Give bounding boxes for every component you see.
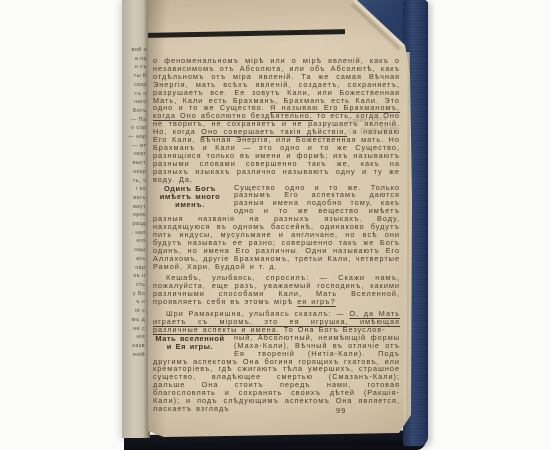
- left-page-text-fragment: некр: [122, 168, 150, 177]
- left-page-text-fragment: — Па: [123, 116, 150, 125]
- left-page-text-fragment: ты Б: [123, 72, 150, 81]
- left-page-text-fragment: — ит: [122, 142, 150, 151]
- body-text: Кешабъ, улыбаясь, спросилъ: — Скажи намъ…: [153, 273, 400, 306]
- chapter-rule: [148, 29, 345, 37]
- left-page-text-fragment: мзут: [122, 203, 150, 212]
- left-page-fragments: вой на прн съты Бскорсъ ннагоБогъ— Пао с…: [122, 46, 150, 360]
- left-page-text-fragment: еній: [122, 351, 149, 360]
- left-page-text-fragment: наго: [123, 98, 150, 107]
- left-page-text-fragment: разд: [122, 220, 150, 229]
- left-page-text-fragment: вой н: [123, 46, 150, 55]
- side-heading-mother: Мать вселенной и Ея игры.: [153, 335, 227, 352]
- left-page-text-fragment: нерг: [122, 150, 150, 159]
- left-page-text-fragment: Богъ: [123, 107, 150, 116]
- book-photo: вой на прн съты Бскорсъ ннагоБогъ— Пао с…: [122, 0, 430, 450]
- paragraph-mother-universe: Мать вселенной и Ея игры.ный, Абсолютный…: [153, 334, 400, 413]
- handwritten-pencil-note: Сравн. Духъ Св. Прор. Мать: [347, 113, 399, 138]
- left-page-text-fragment: его: [122, 237, 150, 246]
- left-page-text-fragment: , нал: [122, 229, 150, 238]
- paragraph-one-god: Одинъ Богъ имѣетъ много именъ.Существо о…: [153, 184, 400, 271]
- paragraph-ramakrishna-answer: Шри Рамакришна, улыбаясь сказалъ: — О, д…: [153, 310, 400, 334]
- left-page-text-fragment: не с: [122, 324, 149, 333]
- left-page-text-fragment: ъ н: [122, 298, 149, 307]
- left-page-text-fragment: нія: [122, 333, 149, 342]
- left-page-text-fragment: і ко: [122, 185, 150, 194]
- underlined-text: ея игръ?: [297, 297, 335, 306]
- left-page-text-fragment: о сор: [122, 124, 150, 133]
- left-page-text-fragment: а пр: [123, 55, 150, 64]
- left-page-text-fragment: сть: [122, 281, 149, 290]
- left-page-text-fragment: ать: [122, 255, 150, 264]
- left-page-text-fragment: мъ д: [122, 316, 149, 325]
- left-page-text-fragment: вать: [122, 194, 150, 203]
- page-number: 99: [336, 406, 346, 415]
- left-page-text-fragment: прек: [122, 211, 150, 220]
- left-page-text-fragment: н съ: [123, 63, 150, 72]
- left-page-text-fragment: у Бо: [122, 290, 149, 299]
- left-page-text-fragment: ть, ч: [122, 176, 150, 185]
- paragraph-keshab-question: Кешабъ, улыбаясь, спросилъ: — Скажи намъ…: [153, 274, 400, 306]
- left-page-edge: вой на прн съты Бскорсъ ннагоБогъ— Пао с…: [122, 0, 150, 438]
- left-page-text-fragment: съ н: [123, 89, 150, 98]
- left-page-text-fragment: казв: [122, 342, 149, 351]
- left-page-text-fragment: выст: [122, 159, 150, 168]
- left-page-text-fragment: скор: [123, 81, 150, 90]
- book-page: о феноменальномъ мірѣ или о мірѣ явленій…: [148, 0, 412, 437]
- page-text-block: о феноменальномъ мірѣ или о мірѣ явленій…: [153, 57, 400, 413]
- side-heading-one-god: Одинъ Богъ имѣетъ много именъ.: [153, 185, 227, 210]
- left-page-text-fragment: — нор: [122, 133, 150, 142]
- left-page-text-fragment: къ н: [122, 272, 150, 281]
- left-page-text-fragment: овр: [122, 263, 150, 272]
- left-page-text-fragment: іе с: [122, 307, 149, 316]
- left-page-text-fragment: нцы: [122, 246, 150, 255]
